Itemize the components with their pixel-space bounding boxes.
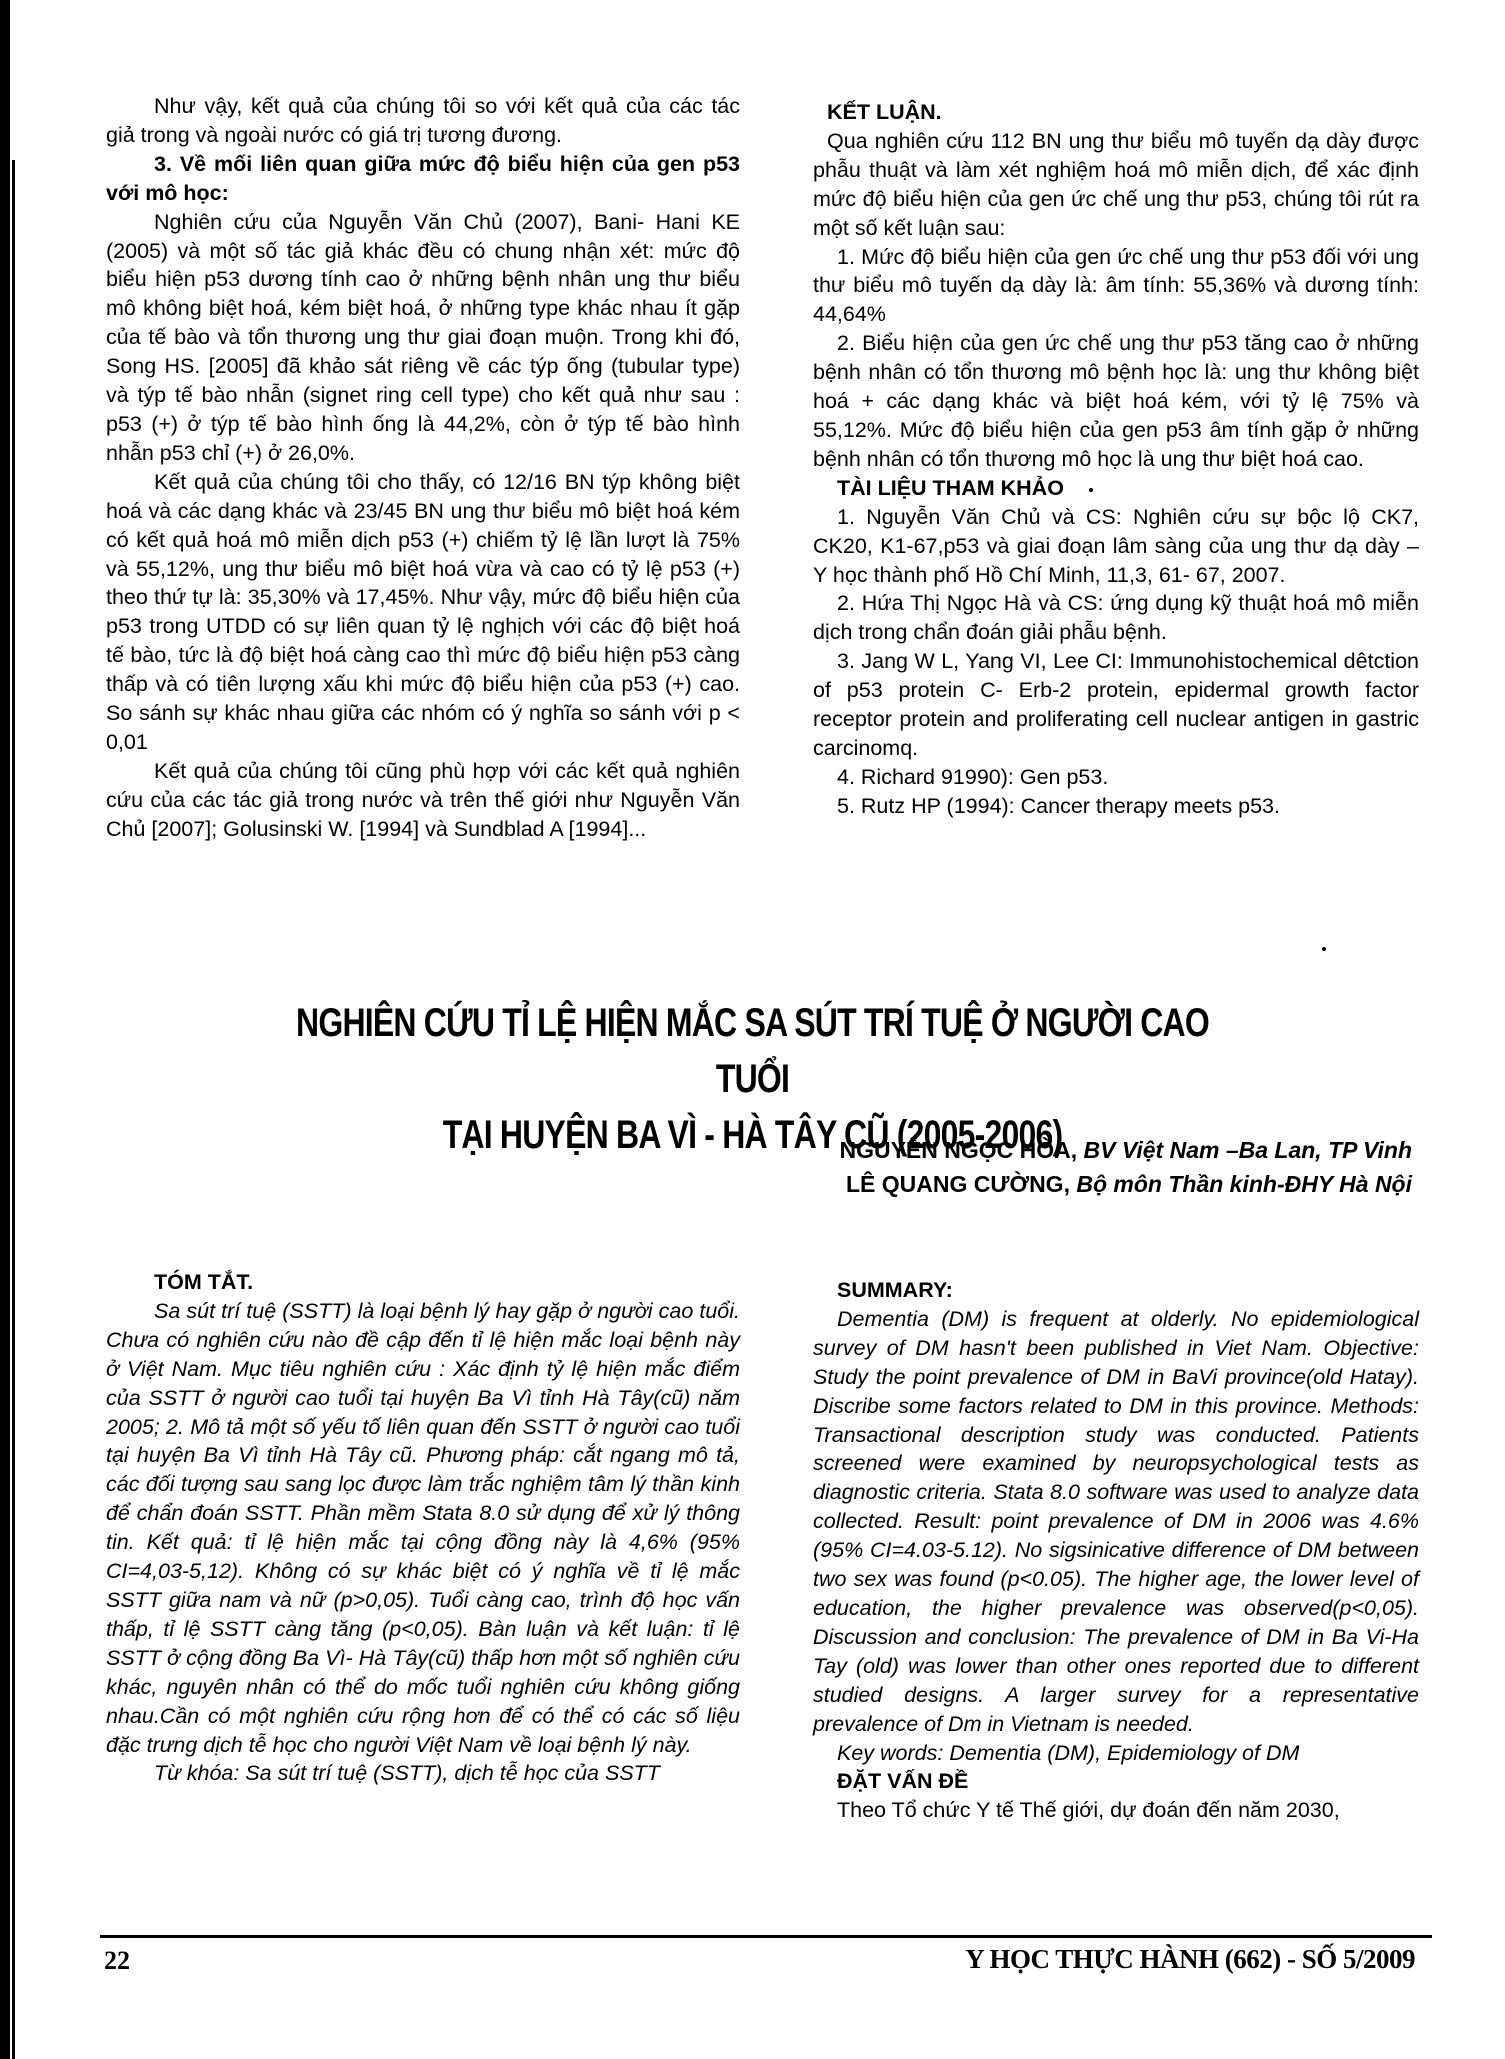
author-line: NGUYỄN NGỌC HÒA, BV Việt Nam –Ba Lan, TP… (839, 1133, 1412, 1167)
author-line: LÊ QUANG CƯỜNG, Bộ môn Thần kinh-ĐHY Hà … (839, 1167, 1412, 1201)
abstract-heading: TÓM TẮT. (106, 1268, 740, 1297)
footer-rule (100, 1935, 1432, 1938)
section-heading-3: 3. Về mối liên quan giữa mức độ biểu hiệ… (106, 150, 740, 208)
intro-heading: ĐẶT VẤN ĐỀ (813, 1767, 1419, 1796)
abstract-english: SUMMARY: Dementia (DM) is frequent at ol… (813, 1276, 1419, 1825)
reference-item: 5. Rutz HP (1994): Cancer therapy meets … (813, 792, 1419, 821)
paragraph: Kết quả của chúng tôi cho thấy, có 12/16… (106, 468, 740, 757)
reference-item: 2. Hứa Thị Ngọc Hà và CS: ứng dụng kỹ th… (813, 589, 1419, 647)
paragraph: Nghiên cứu của Nguyễn Văn Chủ (2007), Ba… (106, 208, 740, 468)
references-heading: TÀI LIỆU THAM KHẢO (813, 474, 1419, 503)
intro-paragraph: Theo Tổ chức Y tế Thế giới, dự đoán đến … (813, 1796, 1419, 1825)
conclusion-item: 1. Mức độ biểu hiện của gen ức chế ung t… (813, 243, 1419, 330)
reference-item: 4. Richard 91990): Gen p53. (813, 763, 1419, 792)
author-name: NGUYỄN NGỌC HÒA, (839, 1137, 1077, 1163)
summary-keywords: Key words: Dementia (DM), Epidemiology o… (813, 1739, 1419, 1768)
summary-heading: SUMMARY: (813, 1276, 1419, 1305)
scan-speck (1089, 488, 1093, 492)
reference-item: 1. Nguyễn Văn Chủ và CS: Nghiên cứu sự b… (813, 503, 1419, 590)
author-list: NGUYỄN NGỌC HÒA, BV Việt Nam –Ba Lan, TP… (839, 1133, 1412, 1201)
paragraph: Như vậy, kết quả của chúng tôi so với kế… (106, 92, 740, 150)
prev-article-right-column: KẾT LUẬN. Qua nghiên cứu 112 BN ung thư … (813, 98, 1419, 821)
author-affiliation: BV Việt Nam –Ba Lan, TP Vinh (1077, 1137, 1412, 1163)
scan-speck (1322, 947, 1326, 951)
reference-item: 3. Jang W L, Yang VI, Lee CI: Immunohist… (813, 647, 1419, 763)
summary-body: Dementia (DM) is frequent at olderly. No… (813, 1305, 1419, 1739)
scan-edge-shadow (0, 0, 10, 2059)
paragraph: Kết quả của chúng tôi cũng phù hợp với c… (106, 757, 740, 844)
abstract-vietnamese: TÓM TẮT. Sa sút trí tuệ (SSTT) là loại b… (106, 1268, 740, 1788)
prev-article-left-column: Như vậy, kết quả của chúng tôi so với kế… (106, 92, 740, 844)
journal-issue: Y HỌC THỰC HÀNH (662) - SỐ 5/2009 (965, 1944, 1415, 1975)
abstract-body: Sa sút trí tuệ (SSTT) là loại bệnh lý ha… (106, 1297, 740, 1760)
conclusion-item: 2. Biểu hiện của gen ức chế ung thư p53 … (813, 329, 1419, 474)
article-title-line-1: NGHIÊN CỨU TỈ LỆ HIỆN MẮC SA SÚT TRÍ TUỆ… (279, 995, 1227, 1107)
conclusion-heading: KẾT LUẬN. (813, 98, 1419, 127)
page-number: 22 (104, 1946, 130, 1976)
scan-edge-line (12, 160, 15, 2059)
paragraph: Qua nghiên cứu 112 BN ung thư biểu mô tu… (813, 127, 1419, 243)
abstract-keywords: Từ khóa: Sa sút trí tuệ (SSTT), dịch tễ … (106, 1759, 740, 1788)
author-affiliation: Bộ môn Thần kinh-ĐHY Hà Nội (1070, 1171, 1412, 1197)
author-name: LÊ QUANG CƯỜNG, (846, 1171, 1070, 1197)
